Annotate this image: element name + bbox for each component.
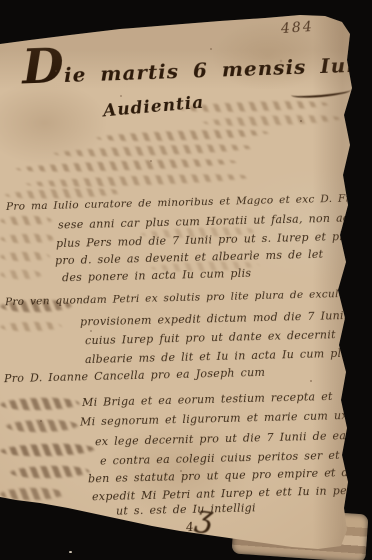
heading-underline-flourish — [291, 85, 352, 99]
bleedthrough-ink — [0, 269, 44, 279]
text-line: des ponere in acta Iu cum plis — [62, 267, 252, 285]
bleedthrough-ink — [0, 215, 54, 226]
bleedthrough-ink — [24, 172, 255, 189]
text-line: ut s. est de Iu intelligi — [116, 501, 256, 517]
text-line: Mi segnorum et ligurorum et marie cum ux… — [80, 408, 367, 428]
bleedthrough-ink — [0, 397, 83, 412]
page-number: 484 — [280, 19, 314, 37]
bleedthrough-ink — [0, 487, 67, 501]
bleedthrough-ink — [7, 465, 92, 480]
text-line: cuius Iurep fuit pro ut dante ex decerni… — [85, 328, 353, 348]
bleedthrough-ink — [51, 142, 257, 158]
heading-date-line: Die martis 6 mensis Iuny 1632 — [21, 33, 372, 89]
text-line: provisionem expedit dictum mod die 7 Iun… — [80, 308, 368, 328]
paper-page: 484 Die martis 6 mensis Iuny 1632 Audien… — [0, 0, 372, 560]
text-line: albearie ms de lit et Iu in acta Iu cum … — [85, 347, 342, 366]
bleedthrough-ink — [3, 419, 80, 434]
bleedthrough-ink — [0, 321, 64, 332]
ink-flourish: ʒ — [194, 499, 216, 536]
manuscript-photo: 484 Die martis 6 mensis Iuny 1632 Audien… — [0, 0, 372, 560]
section-flourish-word: Audientia — [102, 93, 205, 122]
text-line: Pro ven quondam Petri ex solutis pro lit… — [5, 288, 352, 308]
bleedthrough-ink — [14, 157, 240, 174]
bleedthrough-ink — [0, 251, 52, 262]
bleedthrough-ink — [0, 442, 97, 457]
dust-speck — [69, 551, 72, 553]
text-line: ex lege decernit pro ut die 7 Iunii de e… — [95, 429, 366, 449]
text-line: ben es statuta pro ut que pro empire et … — [88, 466, 371, 486]
text-line: expedit Mi Petri ant Iurep et ett Iu in … — [92, 484, 365, 504]
text-line: e contra ea colegii cuius peritos ser et… — [100, 447, 372, 467]
text-line: Mi Briga et ea eorum testium recepta et — [82, 390, 333, 409]
text-line: Pro D. Ioanne Cancella pro ea Joseph cum — [4, 366, 265, 385]
ink-flourish-mark: 4 — [185, 520, 194, 535]
bleedthrough-ink — [0, 233, 58, 244]
bleedthrough-ink — [94, 128, 271, 143]
bleedthrough-ink — [201, 114, 343, 128]
paper-specks — [0, 0, 2, 2]
